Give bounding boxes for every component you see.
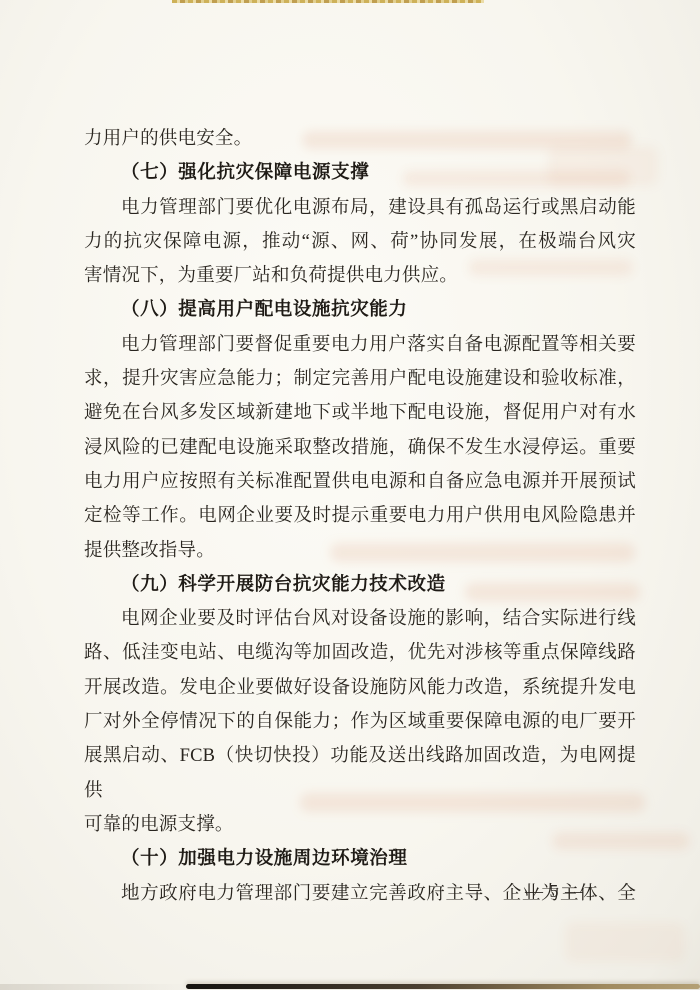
text-line: 求，提升灾害应急能力；制定完善用户配电设施建设和验收标准，	[84, 362, 636, 396]
text-line: 浸风险的已建配电设施采取整改措施，确保不发生水浸停运。重要	[84, 431, 636, 465]
section-heading: （八）提高用户配电设施抗灾能力	[84, 293, 636, 327]
section-heading: （七）强化抗灾保障电源支撑	[84, 156, 636, 190]
text-line: 电力用户应按照有关标准配置供电电源和自备应急电源并开展预试	[84, 465, 636, 499]
scan-top-edge-artifact	[172, 0, 484, 3]
text-line: 避免在台风多发区域新建地下或半地下配电设施，督促用户对有水	[84, 396, 636, 430]
text-line: 电力管理部门要优化电源布局，建设具有孤岛运行或黑启动能	[84, 191, 636, 225]
text-line: 路、低洼变电站、电缆沟等加固改造，优先对涉核等重点保障线路	[84, 636, 636, 670]
paragraph: 电网企业要及时评估台风对设备设施的影响，结合实际进行线路、低洼变电站、电缆沟等加…	[84, 602, 636, 842]
text-line: 电网企业要及时评估台风对设备设施的影响，结合实际进行线	[84, 602, 636, 636]
text-line: 开展改造。发电企业要做好设备设施防风能力改造，系统提升发电	[84, 671, 636, 705]
text-line: 害情况下，为重要厂站和负荷提供电力供应。	[84, 259, 636, 293]
text-line: 可靠的电源支撑。	[84, 808, 636, 842]
text-line: （十）加强电力设施周边环境治理	[84, 842, 636, 876]
text-line: 展黑启动、FCB（快切快投）功能及送出线路加固改造，为电网提供	[84, 739, 636, 808]
section-heading: （十）加强电力设施周边环境治理	[84, 842, 636, 876]
text-line: 电力管理部门要督促重要电力用户落实自备电源配置等相关要	[84, 328, 636, 362]
paragraph: 电力管理部门要督促重要电力用户落实自备电源配置等相关要求，提升灾害应急能力；制定…	[84, 328, 636, 568]
text-line: （七）强化抗灾保障电源支撑	[84, 156, 636, 190]
text-line: 力的抗灾保障电源，推动“源、网、荷”协同发展，在极端台风灾	[84, 225, 636, 259]
section-heading: （九）科学开展防台抗灾能力技术改造	[84, 568, 636, 602]
bleed-through-mark	[565, 922, 685, 962]
scan-bottom-haze	[0, 984, 190, 990]
text-line: 定检等工作。电网企业要及时提示重要电力用户供用电风险隐患并	[84, 499, 636, 533]
document-body: 力用户的供电安全。（七）强化抗灾保障电源支撑电力管理部门要优化电源布局，建设具有…	[84, 122, 636, 911]
paragraph: 电力管理部门要优化电源布局，建设具有孤岛运行或黑启动能力的抗灾保障电源，推动“源…	[84, 191, 636, 294]
scan-bottom-edge-artifact	[186, 984, 700, 989]
text-line: 提供整改指导。	[84, 534, 636, 568]
text-line: （八）提高用户配电设施抗灾能力	[84, 293, 636, 327]
text-line: （九）科学开展防台抗灾能力技术改造	[84, 568, 636, 602]
text-line: 力用户的供电安全。	[84, 122, 636, 156]
paragraph: 力用户的供电安全。	[84, 122, 636, 156]
text-line: 厂对外全停情况下的自保能力；作为区域重要保障电源的电厂要开	[84, 705, 636, 739]
page-number: — 5 —	[0, 881, 700, 902]
scanned-page: 力用户的供电安全。（七）强化抗灾保障电源支撑电力管理部门要优化电源布局，建设具有…	[0, 0, 700, 990]
